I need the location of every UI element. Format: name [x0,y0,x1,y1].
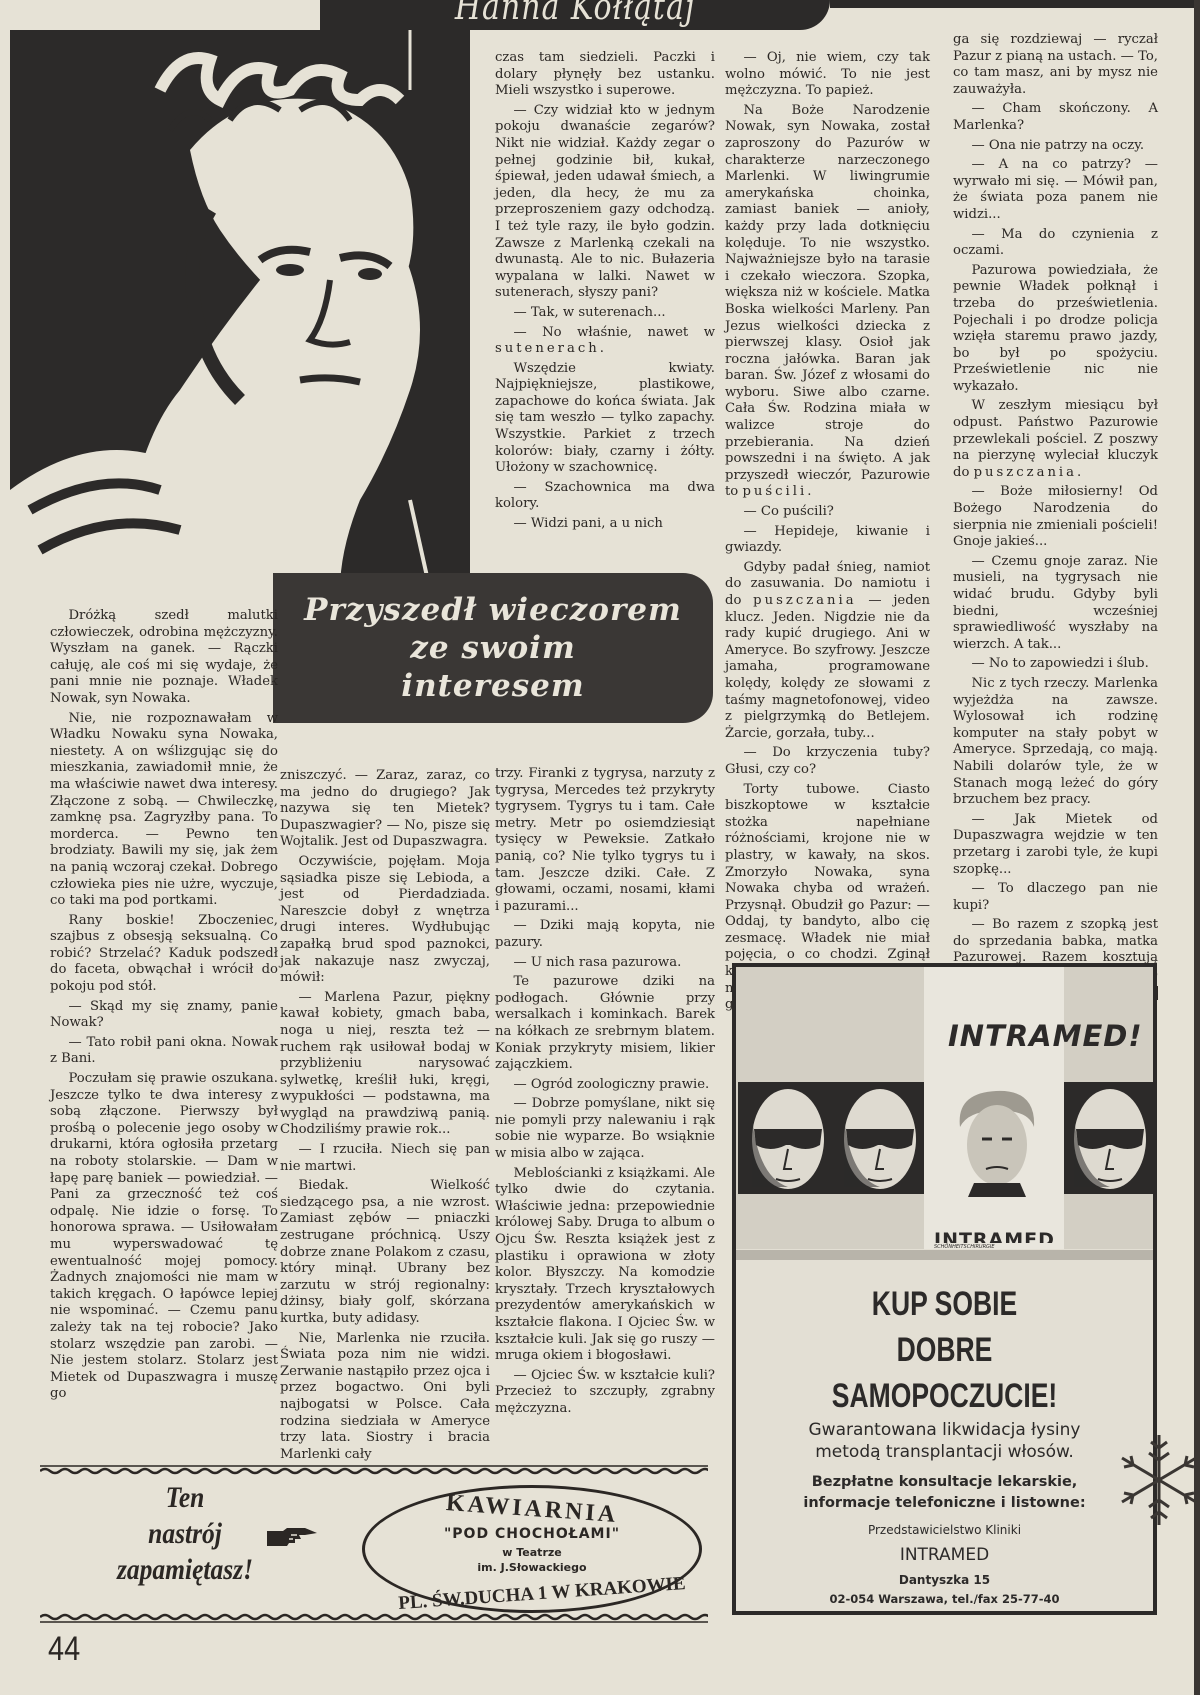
pointing-hand-icon [265,1525,320,1549]
bald-man-face-icon [840,1087,920,1192]
paragraph: — Ojciec Św. w kształcie kuli? Przecież … [495,1368,715,1418]
spaced-word: puszczania. [974,465,1085,480]
header-rule [830,0,1200,8]
paragraph: Gdyby padał śnieg, namiot do zasuwania. … [725,560,930,743]
cafe-location-line-2: im. J.Słowackiego [365,1561,699,1574]
paragraph: — Cham skończony. A Marlenka? [953,101,1158,134]
paragraph: czas tam siedzieli. Paczki i dolary płyn… [495,50,715,100]
paragraph: — To dlaczego pan nie kupi? [953,881,1158,914]
title-line-2: ze swoim [410,629,576,667]
paragraph: — No właśnie, nawet w sutenerach. [495,325,715,358]
cafe-address: PL. ŚW.DUCHA 1 W KRAKOWIE [385,1572,700,1616]
paragraph: Rany boskie! Zboczeniec, szajbus z obses… [50,913,278,996]
paragraph: — Boże miłosierny! Od Bożego Narodzenia … [953,484,1158,550]
snowflake-icon [1118,1430,1200,1530]
ad-photo-collage: INTRAMED! INTRAMED SCHÖNHEITSCHIRURGIE [736,967,1153,1249]
ad-offer-text: Gwarantowana likwidacja łysiny metodą tr… [736,1419,1153,1463]
article-column-4: — Oj, nie wiem, czy tak wolno mówić. To … [725,50,930,1017]
paragraph: Oczywiście, pojęłam. Moja sąsiadka pisze… [280,854,490,987]
paragraph: Biedak. Wielkość siedzącego psa, a nie w… [280,1178,490,1327]
paragraph: — Czy widział kto w jednym pokoju dwanaś… [495,103,715,302]
title-line-1: Przyszedł wieczorem [304,591,682,629]
spaced-word: puścili. [742,484,814,499]
paragraph: trzy. Firanki z tygrysa, narzuty z tygry… [495,766,715,915]
paragraph: Dróżką szedł malutki człowieczek, odrobi… [50,608,278,708]
paragraph: — Ona nie patrzy na oczy. [953,138,1158,155]
wavy-rule-top [40,1465,708,1475]
paragraph: — Szachownica ma dwa kolory. [495,480,715,513]
paragraph: — No to zapowiedzi i ślub. [953,656,1158,673]
ad-representative-label: Przedstawicielstwo Kliniki [736,1523,1153,1537]
title-line-3: interesem [401,667,584,705]
paragraph: — Ogród zoologiczny prawie. [495,1077,715,1094]
spaced-word: puszczania [753,593,856,608]
paragraph: Nic z tych rzeczy. Marlenka wyjeżdża na … [953,676,1158,809]
paragraph: — Marlena Pazur, piękny kawał kobiety, g… [280,990,490,1139]
paragraph: Na Boże Narodzenie Nowak, syn Nowaka, zo… [725,103,930,501]
man-portrait-icon [10,30,470,590]
paragraph: — Dobrze pomyślane, nikt się nie pomyli … [495,1096,715,1162]
article-column-1: Dróżką szedł malutki człowieczek, odrobi… [50,608,278,1406]
article-column-3-bottom: trzy. Firanki z tygrysa, narzuty z tygry… [495,766,715,1421]
paragraph: Pazurowa powiedziała, że pewnie Władek p… [953,263,1158,396]
wavy-rule-bottom [40,1613,708,1623]
intramed-advertisement: INTRAMED! INTRAMED SCHÖNHEITSCHIRURGIE K… [732,963,1157,1615]
ad-consultation-text: Bezpłatne konsultacje lekarskie, informa… [736,1472,1153,1514]
article-column-3-top: czas tam siedzieli. Paczki i dolary płyn… [495,50,715,536]
paragraph: — Tato robił pani okna. Nowak z Bani. [50,1035,278,1068]
page-number: 44 [48,1630,80,1669]
paragraph: Nie, Marlenka nie rzuciła. Świata poza n… [280,1331,490,1464]
article-column-5: ga się rozdziewaj — ryczał Pazur z pianą… [953,32,1158,1003]
bald-man-face-icon [1070,1087,1150,1192]
paragraph: — Dziki mają kopyta, nie pazury. [495,918,715,951]
paragraph: Te pazurowe dziki na podłogach. Głównie … [495,974,715,1074]
bald-man-face-icon [748,1087,828,1192]
paragraph: — Widzi pani, a u nich [495,516,715,533]
man-with-hair-face-icon [956,1087,1038,1197]
paragraph: — I rzuciła. Niech się pan nie martwi. [280,1142,490,1175]
cafe-location-line-1: w Teatrze [365,1546,699,1559]
paragraph: — Jak Mietek od Dupaszwagra wejdzie w te… [953,812,1158,878]
cafe-name: "POD CHOCHOŁAMI" [365,1526,699,1542]
spaced-word: sutenerach. [495,341,607,356]
paragraph: zniszczyć. — Zaraz, zaraz, co ma jedno d… [280,768,490,851]
paragraph: W zeszłym miesiącu był odpust. Państwo P… [953,398,1158,481]
cafe-slogan: Ten nastrój zapamiętasz! [104,1480,266,1588]
ad-company-name: INTRAMED [736,1545,1153,1565]
author-banner: Hanna Kołłątaj [320,0,830,30]
header-strip [0,0,320,28]
ad-headline: KUP SOBIE DOBRE SAMOPOCZUCIE! [782,1281,1107,1419]
ad-divider [736,1250,1153,1260]
paragraph: — Czemu gnoje zaraz. Nie musieli, na tyg… [953,554,1158,654]
ad-city-phone: 02-054 Warszawa, tel./fax 25-77-40 [736,1592,1153,1606]
paragraph: — Do krzyczenia tuby? Głusi, czy co? [725,745,930,778]
cafe-stamp-logo: KAWIARNIA "POD CHOCHOŁAMI" w Teatrze im.… [362,1485,702,1613]
author-name: Hanna Kołłątaj [320,0,830,29]
paragraph: — Tak, w suterenach... [495,305,715,322]
magazine-page: Hanna Kołłątaj Przyszedł wieczorem ze sw… [0,0,1200,1695]
paragraph: — Hepideje, kiwanie i gwiazdy. [725,524,930,557]
paragraph: Wszędzie kwiaty. Najpiękniejsze, plastik… [495,361,715,477]
ad-street: Dantyszka 15 [736,1573,1153,1587]
paragraph: Meblościanki z książkami. Ale tylko dwie… [495,1166,715,1365]
article-title: Przyszedł wieczorem ze swoim interesem [273,573,713,723]
paragraph: ga się rozdziewaj — ryczał Pazur z pianą… [953,32,1158,98]
paragraph: — Co puścili? [725,504,930,521]
paragraph: — Skąd my się znamy, panie Nowak? [50,999,278,1032]
paragraph: — U nich rasa pazurowa. [495,955,715,972]
ad-brand-headline: INTRAMED! [948,1019,1143,1053]
ad-brand-logo: INTRAMED [934,1229,1055,1243]
paragraph: Nie, nie rozpoznawałam w Władku Nowaku s… [50,711,278,910]
article-column-2: zniszczyć. — Zaraz, zaraz, co ma jedno d… [280,768,490,1466]
paragraph: — A na co patrzy? — wyrwało mi się. — Mó… [953,157,1158,223]
portrait-illustration [10,30,470,590]
paragraph: — Ma do czynienia z oczami. [953,227,1158,260]
paragraph: — Oj, nie wiem, czy tak wolno mówić. To … [725,50,930,100]
paragraph: Poczułam się prawie oszukana. Jeszcze ty… [50,1071,278,1403]
